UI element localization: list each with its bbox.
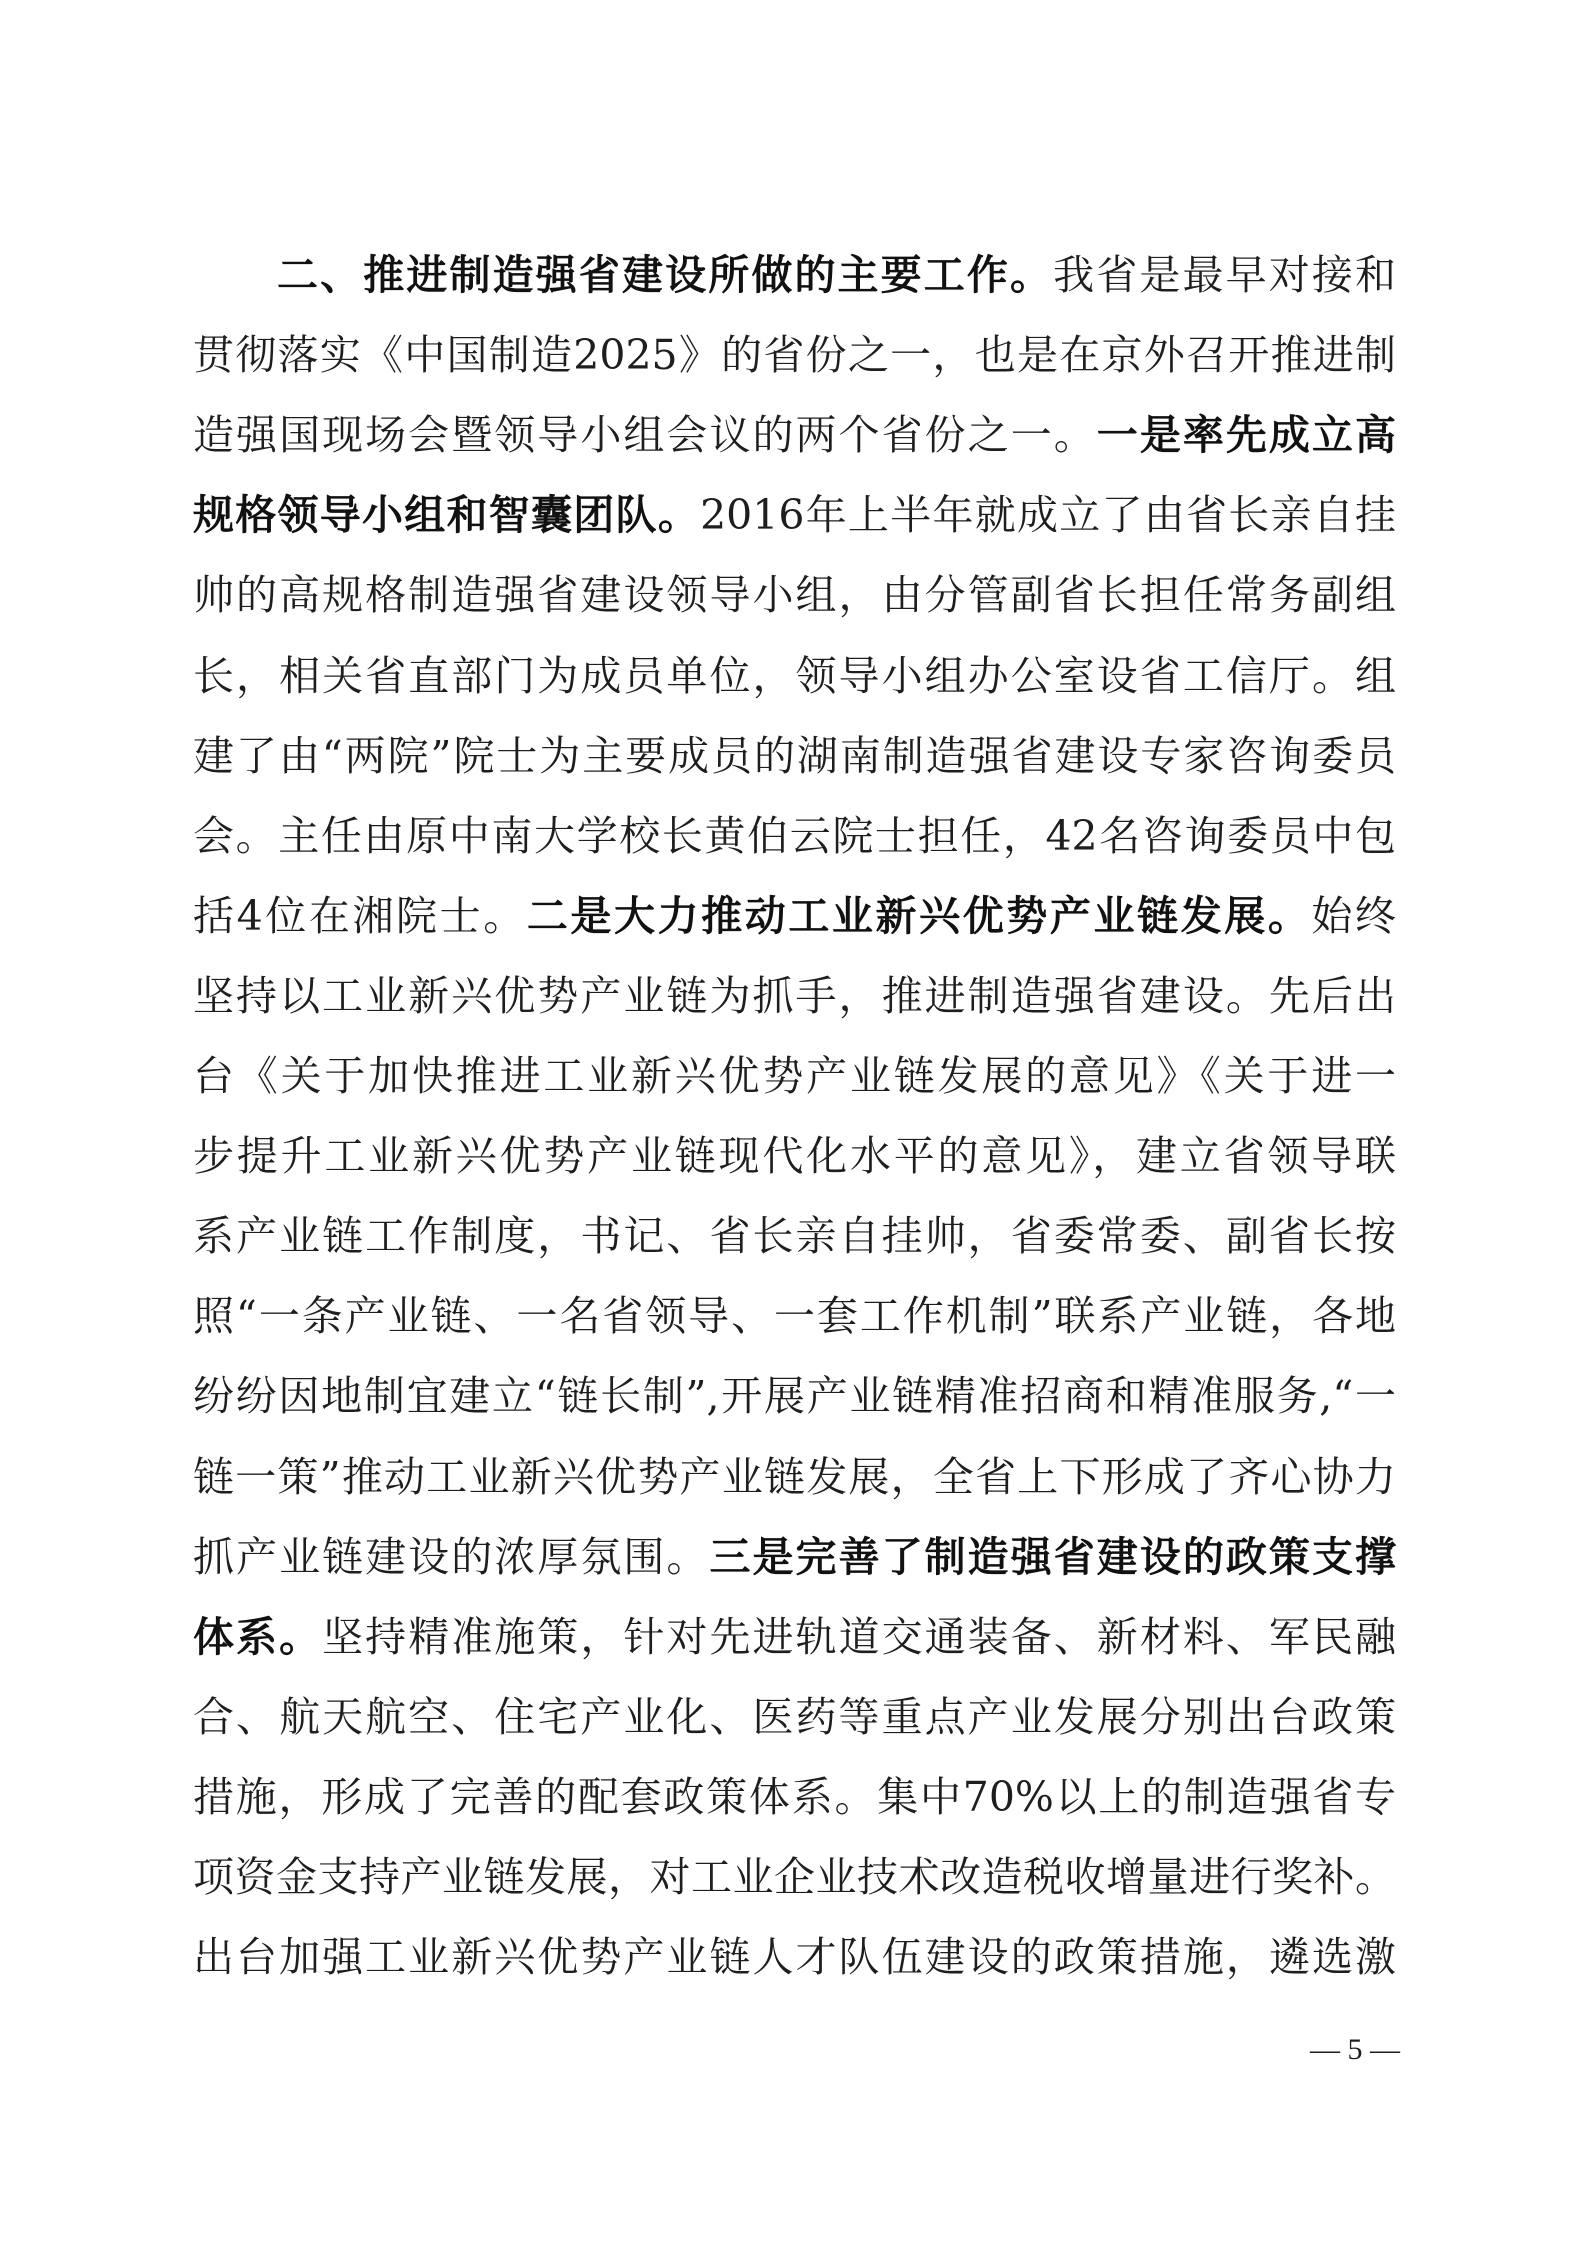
text-line: 项资金支持产业链发展，对工业企业技术改造税收增量进行奖补。 (193, 1847, 1396, 1907)
text-line: 措施，形成了完善的配套政策体系。集中70%以上的制造强省专 (193, 1767, 1396, 1827)
body-text-segment: 会。主任由原中南大学校长黄伯云院士担任，42名咨询委员中包 (193, 812, 1396, 860)
text-line: 抓产业链建设的浓厚氛围。三是完善了制造强省建设的政策支撑 (193, 1527, 1396, 1587)
text-line: 合、航天航空、住宅产业化、医药等重点产业发展分别出台政策 (193, 1687, 1396, 1747)
page-number: — 5 — (1280, 2025, 1400, 2075)
text-line: 照“一条产业链、一名省领导、一套工作机制”联系产业链，各地 (193, 1286, 1396, 1346)
body-text-segment: 措施，形成了完善的配套政策体系。集中70%以上的制造强省专 (193, 1773, 1396, 1821)
emphasis-text: 一是率先成立高 (1097, 411, 1396, 459)
emphasis-text: 二是大力推动工业新兴优势产业链发展。 (527, 892, 1312, 940)
text-line: 长，相关省直部门为成员单位，领导小组办公室设省工信厅。组 (193, 646, 1396, 706)
emphasis-text: 三是完善了制造强省建设的政策支撑 (709, 1533, 1396, 1581)
body-text-segment: 系产业链工作制度，书记、省长亲自挂帅，省委常委、副省长按 (193, 1212, 1396, 1260)
section-heading: 二、推进制造强省建设所做的主要工作。 (277, 251, 1053, 299)
body-text-segment: 括4位在湘院士。 (193, 892, 527, 940)
text-line: 建了由“两院”院士为主要成员的湖南制造强省建设专家咨询委员 (193, 726, 1396, 786)
emphasis-text: 规格领导小组和智囊团队。 (193, 491, 700, 539)
text-line: 纷纷因地制宜建立“链长制”,开展产业链精准招商和精准服务,“一 (193, 1366, 1396, 1426)
text-line: 括4位在湘院士。二是大力推动工业新兴优势产业链发展。始终 (193, 886, 1396, 946)
body-text-segment: 照“一条产业链、一名省领导、一套工作机制”联系产业链，各地 (193, 1292, 1396, 1340)
text-line: 会。主任由原中南大学校长黄伯云院士担任，42名咨询委员中包 (193, 806, 1396, 866)
text-line: 二、推进制造强省建设所做的主要工作。我省是最早对接和 (277, 245, 1396, 305)
body-text-segment: 造强国现场会暨领导小组会议的两个省份之一。 (193, 411, 1097, 459)
body-text-segment: 坚持以工业新兴优势产业链为抓手，推进制造强省建设。先后出 (193, 972, 1396, 1020)
body-text-segment: 合、航天航空、住宅产业化、医药等重点产业发展分别出台政策 (193, 1693, 1396, 1741)
body-text-segment: 长，相关省直部门为成员单位，领导小组办公室设省工信厅。组 (193, 652, 1396, 700)
body-text-segment: 纷纷因地制宜建立“链长制”,开展产业链精准招商和精准服务,“一 (193, 1372, 1396, 1420)
body-text-segment: 抓产业链建设的浓厚氛围。 (193, 1533, 709, 1581)
body-text-segment: 我省是最早对接和 (1053, 251, 1396, 299)
body-text-segment: 坚持精准施策，针对先进轨道交通装备、新材料、军民融 (322, 1613, 1396, 1661)
emphasis-text: 体系。 (193, 1613, 322, 1661)
body-text-segment: 出台加强工业新兴优势产业链人才队伍建设的政策措施，遴选激 (193, 1933, 1396, 1981)
text-line: 帅的高规格制造强省建设领导小组，由分管副省长担任常务副组 (193, 565, 1396, 625)
text-line: 贯彻落实《中国制造2025》的省份之一，也是在京外召开推进制 (193, 325, 1396, 385)
text-line: 规格领导小组和智囊团队。2016年上半年就成立了由省长亲自挂 (193, 485, 1396, 545)
text-line: 链一策”推动工业新兴优势产业链发展，全省上下形成了齐心协力 (193, 1447, 1396, 1507)
text-line: 步提升工业新兴优势产业链现代化水平的意见》，建立省领导联 (193, 1126, 1396, 1186)
text-line: 造强国现场会暨领导小组会议的两个省份之一。一是率先成立高 (193, 405, 1396, 465)
text-line: 系产业链工作制度，书记、省长亲自挂帅，省委常委、副省长按 (193, 1206, 1396, 1266)
document-page: 二、推进制造强省建设所做的主要工作。我省是最早对接和贯彻落实《中国制造2025》… (0, 0, 1587, 2245)
body-text-segment: 始终 (1311, 892, 1396, 940)
text-line: 体系。坚持精准施策，针对先进轨道交通装备、新材料、军民融 (193, 1607, 1396, 1667)
text-line: 出台加强工业新兴优势产业链人才队伍建设的政策措施，遴选激 (193, 1927, 1396, 1987)
body-text-segment: 步提升工业新兴优势产业链现代化水平的意见》，建立省领导联 (193, 1132, 1396, 1180)
body-text-segment: 链一策”推动工业新兴优势产业链发展，全省上下形成了齐心协力 (193, 1453, 1396, 1501)
text-line: 坚持以工业新兴优势产业链为抓手，推进制造强省建设。先后出 (193, 966, 1396, 1026)
body-text-segment: 帅的高规格制造强省建设领导小组，由分管副省长担任常务副组 (193, 571, 1396, 619)
body-text-segment: 项资金支持产业链发展，对工业企业技术改造税收增量进行奖补。 (193, 1853, 1396, 1901)
body-text-segment: 2016年上半年就成立了由省长亲自挂 (700, 491, 1396, 539)
body-text-segment: 台《关于加快推进工业新兴优势产业链发展的意见》《关于进一 (193, 1052, 1396, 1100)
body-text-segment: 建了由“两院”院士为主要成员的湖南制造强省建设专家咨询委员 (193, 732, 1396, 780)
text-line: 台《关于加快推进工业新兴优势产业链发展的意见》《关于进一 (193, 1046, 1396, 1106)
body-text-segment: 贯彻落实《中国制造2025》的省份之一，也是在京外召开推进制 (193, 331, 1396, 379)
